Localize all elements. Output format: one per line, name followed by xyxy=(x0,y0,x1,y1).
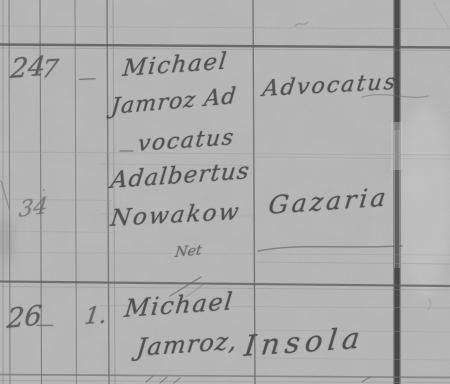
entry1-name-line1: Michael xyxy=(122,51,229,81)
handwriting-layer: 24 7 — Michael Jamroz Ad — vocatus Adalb… xyxy=(0,0,450,384)
entry1-small-note: Net xyxy=(174,244,202,260)
scanned-register-page: 24 7 — Michael Jamroz Ad — vocatus Adalb… xyxy=(0,0,450,384)
entry1-right-line2: Gazaria xyxy=(267,185,390,218)
entry2-col2-dash: — xyxy=(36,316,54,334)
entry1-subnumber: 7 xyxy=(40,56,60,82)
marginal-number: 34 xyxy=(18,196,49,222)
entry2-name-line1: Michael xyxy=(123,289,234,320)
entry2-name-line2: Jamroz, xyxy=(135,329,238,360)
entry1-name-line4: Adalbertus xyxy=(110,160,251,193)
entry1-name-line5: Nowakow xyxy=(109,201,242,231)
entry1-col3-dash: — xyxy=(78,69,97,88)
entry1-hyphen-dash: — xyxy=(119,143,134,158)
entry1-name-line3: vocatus xyxy=(137,127,236,156)
entry2-right-line1: Insola xyxy=(243,324,366,361)
entry1-name-line2: Jamroz Ad xyxy=(110,86,238,119)
entry1-right-line1: Advocatus xyxy=(261,72,398,101)
entry2-col3-number: 1. xyxy=(83,305,108,329)
